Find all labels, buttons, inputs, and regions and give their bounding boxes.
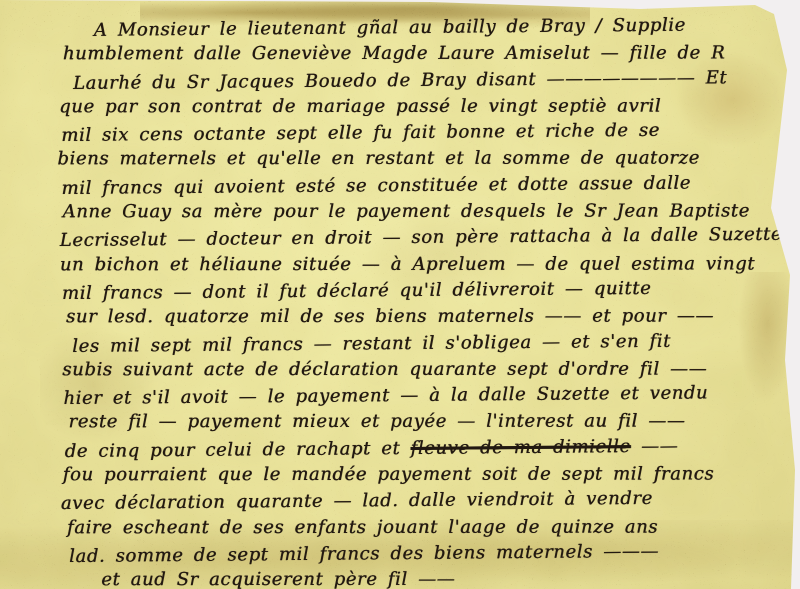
line-text: hier et s'il avoit — le payement — à la … xyxy=(63,383,708,410)
line-text: subis suivant acte de déclaration quaran… xyxy=(62,358,707,380)
line-text: sur lesd. quatorze mil de ses biens mate… xyxy=(66,306,714,328)
manuscript-line: humblement dalle Geneviève Magde Laure A… xyxy=(63,41,789,68)
manuscript-line: Laurhé du Sr Jacques Bouedo de Bray disa… xyxy=(73,64,789,97)
manuscript-line: lad. somme de sept mil francs des biens … xyxy=(69,538,791,571)
line-text: mil francs — dont il fut déclaré qu'il d… xyxy=(62,278,652,304)
manuscript-line: Anne Guay sa mère pour le payement desqu… xyxy=(63,198,790,225)
line-text: un bichon et héliaune située — à Aprelue… xyxy=(60,253,755,275)
line-text: Laurhé du Sr Jacques Bouedo de Bray disa… xyxy=(73,67,727,94)
manuscript-line: les mil sept mil francs — restant il s'o… xyxy=(72,327,790,360)
manuscript-line: que par son contrat de mariage passé le … xyxy=(59,93,789,120)
line-text: biens maternels et qu'elle en restant et… xyxy=(57,148,700,170)
line-text: humblement dalle Geneviève Magde Laure A… xyxy=(63,43,725,65)
manuscript-line: reste fil — payement mieux et payée — l'… xyxy=(69,409,791,436)
manuscript-line: un bichon et héliaune située — à Aprelue… xyxy=(60,251,790,278)
line-text: les mil sept mil francs — restant il s'o… xyxy=(72,330,671,356)
manuscript-line-with-strikethrough: de cinq pour celui de rachapt et fleuve … xyxy=(65,432,791,465)
line-text: Anne Guay sa mère pour le payement desqu… xyxy=(63,201,750,223)
line-text: —— xyxy=(631,435,679,456)
line-text: reste fil — payement mieux et payée — l'… xyxy=(69,411,686,433)
line-text: et aud Sr acquiserent père fil —— xyxy=(101,569,455,589)
line-text: Lecrisselut — docteur en droit — son pèr… xyxy=(60,224,783,251)
line-text: mil francs qui avoient esté se constitué… xyxy=(61,172,691,198)
line-text: fou pourraient que le mandée payement so… xyxy=(63,464,714,486)
manuscript-line: mil francs qui avoient esté se constitué… xyxy=(61,169,789,202)
manuscript-line: faire escheant de ses enfants jouant l'a… xyxy=(67,514,791,541)
line-text: avec déclaration quarante — lad. dalle v… xyxy=(61,488,653,514)
line-text: A Monsieur le lieutenant gñal au bailly … xyxy=(94,15,686,41)
paper-sheet: A Monsieur le lieutenant gñal au bailly … xyxy=(0,0,800,589)
line-text: faire escheant de ses enfants jouant l'a… xyxy=(67,516,658,538)
line-text: mil six cens octante sept elle fu fait b… xyxy=(61,120,660,146)
manuscript-line: Lecrisselut — docteur en droit — son pèr… xyxy=(60,222,790,255)
struck-text: fleuve de ma dimielle xyxy=(410,436,630,459)
manuscript-line-cut-off: et aud Sr acquiserent père fil —— xyxy=(101,567,791,589)
line-text: lad. somme de sept mil francs des biens … xyxy=(69,541,659,567)
line-text: de cinq pour celui de rachapt et xyxy=(65,438,411,462)
manuscript-scan: A Monsieur le lieutenant gñal au bailly … xyxy=(0,0,800,589)
manuscript-line: biens maternels et qu'elle en restant et… xyxy=(57,146,789,173)
manuscript-line: subis suivant acte de déclaration quaran… xyxy=(62,356,790,383)
manuscript-line: mil francs — dont il fut déclaré qu'il d… xyxy=(62,275,790,308)
manuscript-line: A Monsieur le lieutenant gñal au bailly … xyxy=(94,12,789,44)
manuscript-text: A Monsieur le lieutenant gñal au bailly … xyxy=(0,13,791,589)
manuscript-line: avec déclaration quarante — lad. dalle v… xyxy=(61,485,791,518)
manuscript-line: fou pourraient que le mandée payement so… xyxy=(63,461,791,488)
line-text: que par son contrat de mariage passé le … xyxy=(59,95,661,117)
manuscript-line: sur lesd. quatorze mil de ses biens mate… xyxy=(66,304,790,331)
